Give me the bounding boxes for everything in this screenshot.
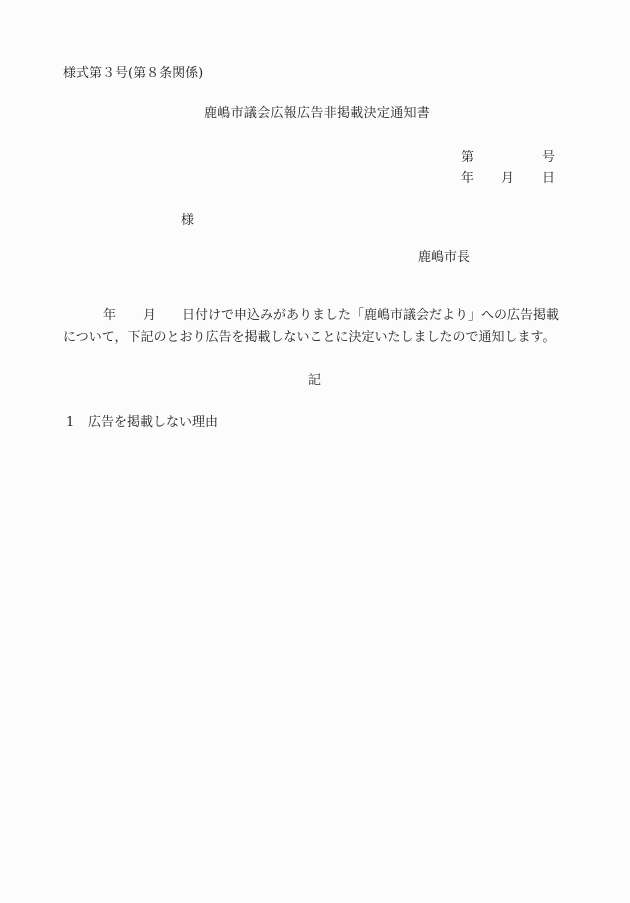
date-year: 年 bbox=[461, 172, 474, 185]
item-number: 1 bbox=[66, 416, 88, 429]
body-month: 月 bbox=[143, 309, 156, 322]
list-item: 1広告を掲載しない理由 bbox=[66, 416, 218, 429]
body-text-line-2: について，下記のとおり広告を掲載しないことに決定いたしましたので通知します。 bbox=[63, 331, 555, 344]
reference-number-suffix: 号 bbox=[542, 151, 555, 164]
date-day: 日 bbox=[542, 172, 555, 185]
document-title: 鹿嶋市議会広報広告非掲載決定通知書 bbox=[204, 107, 430, 120]
ki-heading: 記 bbox=[308, 374, 321, 387]
item-label: 広告を掲載しない理由 bbox=[88, 415, 218, 430]
form-number: 様式第３号(第８条関係) bbox=[63, 67, 203, 80]
body-line1-text: 日付けで申込みがありました「鹿嶋市議会だより」への広告掲載 bbox=[182, 309, 559, 322]
issuer: 鹿嶋市長 bbox=[418, 251, 470, 264]
date-month: 月 bbox=[501, 172, 514, 185]
body-year: 年 bbox=[103, 309, 116, 322]
reference-number-prefix: 第 bbox=[461, 151, 474, 164]
addressee-honorific: 様 bbox=[181, 214, 194, 227]
